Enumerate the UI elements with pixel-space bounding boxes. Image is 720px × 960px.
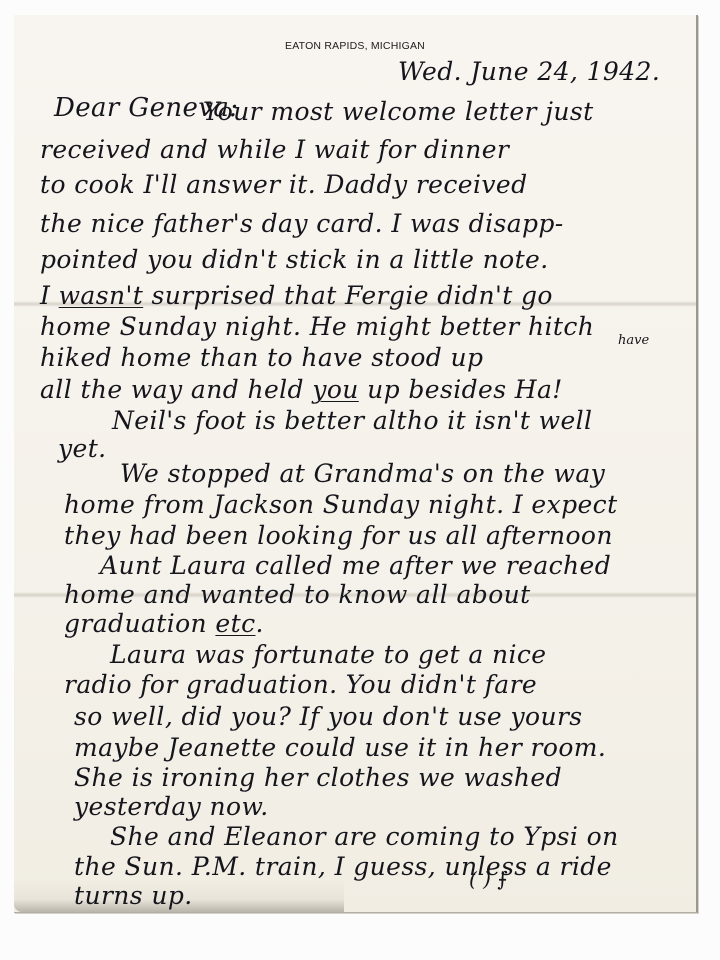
letter-line: received and while I wait for dinner: [40, 135, 509, 164]
letter-line: pointed you didn't stick in a little not…: [40, 245, 549, 274]
letter-line: they had been looking for us all afterno…: [64, 521, 613, 550]
letter-line: to cook I'll answer it. Daddy received: [40, 170, 527, 199]
letter-line: home from Jackson Sunday night. I expect: [64, 490, 618, 519]
line-text: surprised that Fergie didn't go: [143, 281, 553, 310]
margin-marks: ( ) ⨍: [469, 867, 508, 891]
letter-line: turns up.: [74, 881, 193, 910]
line-text: .: [255, 609, 263, 638]
letter-line: home and wanted to know all about: [64, 580, 531, 609]
underlined-word: etc: [215, 609, 255, 638]
letter-line: yet.: [58, 434, 107, 463]
letter-line: so well, did you? If you don't use yours: [74, 702, 583, 731]
letter-line: Your most welcome letter just: [203, 97, 594, 126]
line-text: all the way and held: [40, 375, 312, 404]
letter-line: radio for graduation. You didn't fare: [64, 670, 537, 699]
line-text: graduation: [64, 609, 215, 638]
line-text: I: [40, 281, 59, 310]
letter-line: She is ironing her clothes we washed: [74, 763, 562, 792]
letter-line: the Sun. P.M. train, I guess, unless a r…: [74, 852, 612, 881]
underlined-word: wasn't: [59, 281, 144, 310]
letter-line: She and Eleanor are coming to Ypsi on: [110, 822, 619, 851]
letter-line: Lester couldn't get my sweeper in: [140, 909, 585, 913]
letter-line: maybe Jeanette could use it in her room.: [74, 733, 606, 762]
letter-date: Wed. June 24, 1942.: [398, 57, 660, 86]
letter-line: all the way and held you up besides Ha!: [40, 375, 563, 404]
line-text: up besides Ha!: [359, 375, 563, 404]
letter-paper: EATON RAPIDS, MICHIGAN Wed. June 24, 194…: [14, 15, 698, 913]
letter-line: Aunt Laura called me after we reached: [100, 551, 611, 580]
letter-line: the nice father's day card. I was disapp…: [40, 209, 564, 238]
scanned-letter-page: EATON RAPIDS, MICHIGAN Wed. June 24, 194…: [0, 0, 720, 960]
letter-line: I wasn't surprised that Fergie didn't go: [40, 281, 553, 310]
letter-line: hiked home than to have stood up: [40, 343, 483, 372]
inserted-word-have: have: [618, 333, 649, 348]
letter-line: home Sunday night. He might better hitch: [40, 312, 594, 341]
letter-line: graduation etc.: [64, 609, 264, 638]
letter-line: We stopped at Grandma's on the way: [120, 459, 605, 488]
letterhead: EATON RAPIDS, MICHIGAN: [14, 40, 696, 52]
underlined-word: you: [312, 375, 358, 404]
letter-line: yesterday now.: [74, 792, 269, 821]
letter-line: Laura was fortunate to get a nice: [110, 640, 546, 669]
letter-line: Neil's foot is better altho it isn't wel…: [112, 406, 592, 435]
